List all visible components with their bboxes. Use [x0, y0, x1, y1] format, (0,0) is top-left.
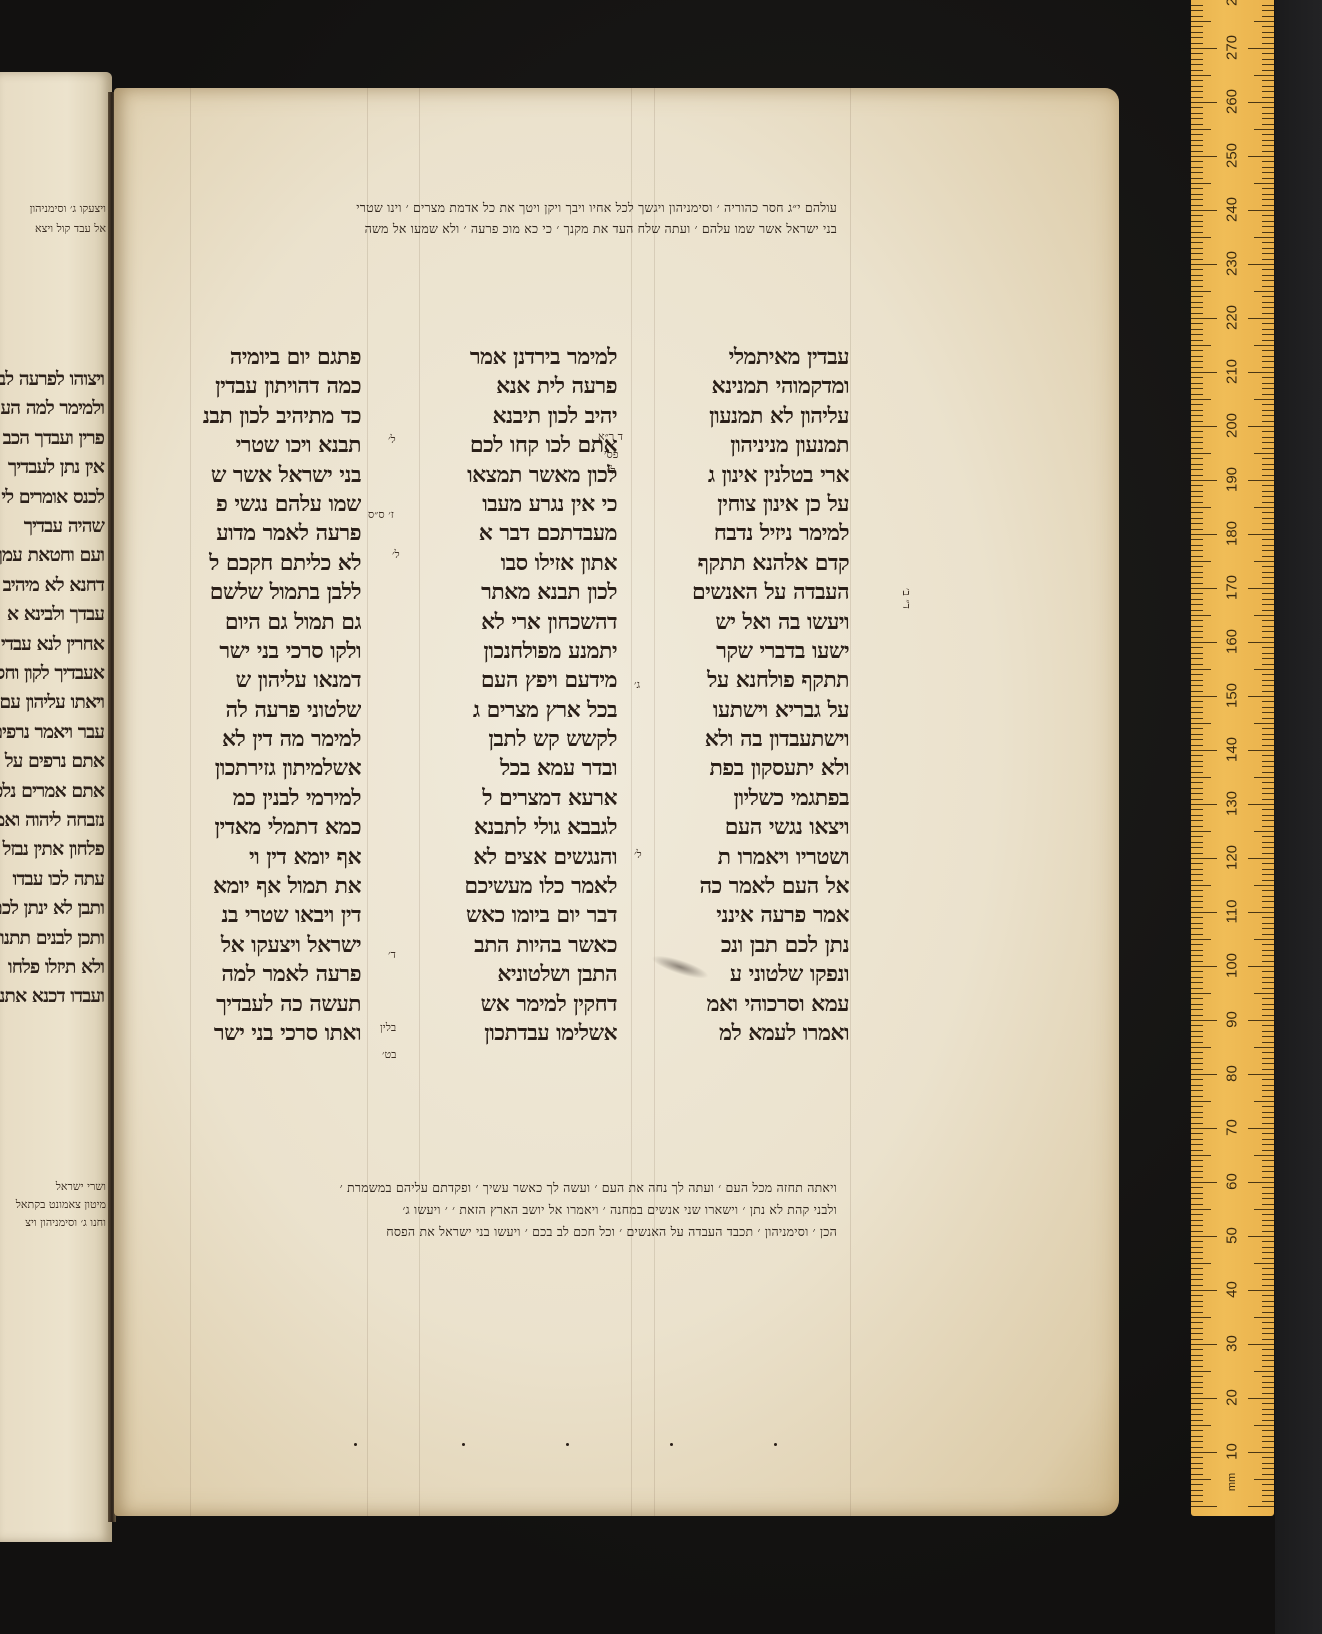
ruler-tick	[1191, 1285, 1203, 1286]
verso-text-line: אחרין לנא עבדי	[1, 633, 104, 656]
ruler-tick	[1262, 1025, 1274, 1026]
ruler-tick	[1254, 561, 1274, 562]
ruler-tick	[1262, 1279, 1274, 1280]
ruler-tick	[1191, 367, 1203, 368]
ruler-tick	[1262, 1112, 1274, 1113]
ruler-tick	[1191, 1220, 1203, 1221]
ruler-tick	[1191, 394, 1203, 395]
ruler-tick	[1191, 820, 1203, 821]
ruler-tick	[1191, 998, 1203, 999]
ruler-tick	[1191, 302, 1203, 303]
ruler-tick	[1262, 205, 1274, 206]
ruler-tick	[1262, 475, 1274, 476]
ruler-tick	[1191, 1279, 1203, 1280]
text-line: ויעשו בה ואל יש	[634, 608, 849, 637]
ruler-tick	[1262, 523, 1274, 524]
ruler-tick	[1262, 820, 1274, 821]
verso-text-line: נזבחה ליהוה ואמ	[0, 809, 104, 832]
ruler-tick	[1254, 1371, 1274, 1372]
ruler-tick	[1262, 97, 1274, 98]
ruler-tick	[1191, 16, 1203, 17]
ruler-tick	[1191, 124, 1203, 125]
ruler-tick	[1191, 502, 1203, 503]
marginal-note: ג׳	[634, 678, 640, 691]
ruler-tick	[1262, 863, 1274, 864]
ruler-tick	[1262, 280, 1274, 281]
ruler-tick	[1191, 993, 1211, 994]
ruler-tick	[1191, 426, 1217, 427]
text-line: גם תמול גם היום	[180, 608, 361, 637]
ruler-tick	[1262, 448, 1274, 449]
text-line: ללבן בתמול שלשם	[180, 578, 361, 607]
text-line: ואתו סרכי בני ישר	[180, 1019, 361, 1048]
ruler-label: 250	[1224, 141, 1241, 171]
ruler-tick	[1191, 836, 1203, 837]
verso-page: ויצעקו ג׳ וסימניהון אל עבד קול ויצא ויצו…	[0, 72, 112, 1542]
ruler-tick	[1191, 1506, 1217, 1507]
marginal-note: בלין	[380, 1021, 396, 1034]
ruler-tick	[1254, 993, 1274, 994]
ruler-tick	[1262, 91, 1274, 92]
ruler-tick	[1191, 1182, 1217, 1183]
text-line: ולא יתעסקון בפת	[634, 754, 849, 783]
ruler-label: 160	[1224, 627, 1241, 657]
ruler-tick	[1262, 1031, 1274, 1032]
text-line: עמא וסרכוהי ואמ	[634, 990, 849, 1019]
text-line: ישעו בדברי שקר	[634, 637, 849, 666]
marginal-note: ל׳	[608, 464, 616, 477]
ruler-tick	[1262, 566, 1274, 567]
ruler-tick	[1191, 313, 1203, 314]
ruler-tick	[1262, 1414, 1274, 1415]
ruler-tick	[1262, 1004, 1274, 1005]
ruler-tick	[1191, 1441, 1203, 1442]
ruler-tick	[1262, 680, 1274, 681]
ruler-tick	[1191, 809, 1203, 810]
ruler-tick	[1191, 64, 1203, 65]
ruler-tick	[1262, 755, 1274, 756]
ruler-tick	[1262, 118, 1274, 119]
ruler-tick	[1262, 161, 1274, 162]
ruler-tick	[1191, 1344, 1217, 1345]
ruler-tick	[1262, 674, 1274, 675]
ruler-tick	[1191, 1160, 1203, 1161]
verso-text-line: דחנא לא מיהיב	[3, 574, 104, 597]
ruler-tick	[1191, 377, 1203, 378]
ruler-tick	[1262, 1403, 1274, 1404]
ruler-tick	[1262, 971, 1274, 972]
marginal-note: ל׳	[392, 548, 400, 561]
ruler-tick	[1191, 161, 1203, 162]
ruler-tick	[1262, 496, 1274, 497]
ruler-tick	[1191, 269, 1203, 270]
text-line: העבדה על האנשים	[634, 578, 849, 607]
ruler-tick	[1262, 502, 1274, 503]
ruler-tick	[1262, 653, 1274, 654]
ruler-tick	[1191, 1328, 1203, 1329]
ruler-tick	[1191, 1047, 1211, 1048]
ruler-tick	[1262, 1096, 1274, 1097]
text-line: פתגם יום ביומיה	[180, 343, 361, 372]
ruler-tick	[1262, 1349, 1274, 1350]
ruler-tick	[1191, 669, 1211, 670]
ruler-tick	[1262, 1150, 1274, 1151]
verso-masora-bottom-line: ושרי ישראל	[56, 1180, 106, 1193]
ruler-tick	[1262, 64, 1274, 65]
masora-magna-top-line: עולהם י״ג חסר כהוריה ׳ וסימניהון ויגשך ל…	[356, 200, 837, 216]
ruler-tick	[1191, 1317, 1211, 1318]
ruler-tick	[1262, 1430, 1274, 1431]
ruler-tick	[1191, 43, 1203, 44]
text-line: דמנאו עליהון ש	[180, 666, 361, 695]
ruler-tick	[1191, 1063, 1203, 1064]
ruler-tick	[1191, 1106, 1203, 1107]
ruler-tick	[1262, 302, 1274, 303]
ruler-tick	[1191, 545, 1203, 546]
ruler-tick	[1262, 1241, 1274, 1242]
ruler-tick	[1262, 313, 1274, 314]
ruler-tick	[1262, 32, 1274, 33]
ruler-tick	[1262, 1468, 1274, 1469]
ruler-tick	[1262, 485, 1274, 486]
ruler-tick	[1191, 59, 1203, 60]
ruler-tick	[1248, 264, 1274, 265]
ruler-tick	[1262, 934, 1274, 935]
ruler-tick	[1262, 421, 1274, 422]
ruler-tick	[1254, 1479, 1274, 1480]
verso-text-line: ולא תיזלו פלחו	[8, 956, 104, 979]
ruler-tick	[1262, 1193, 1274, 1194]
verso-text-line: ותכן לבנים תתנו	[0, 927, 104, 950]
ruler-tick	[1191, 1393, 1203, 1394]
ruler-tick	[1191, 858, 1217, 859]
ruler-tick	[1191, 118, 1203, 119]
ruler-tick	[1191, 53, 1203, 54]
text-line: דהשכחון ארי לא	[401, 608, 617, 637]
ruler-tick	[1191, 944, 1203, 945]
ruler-tick	[1191, 1376, 1203, 1377]
ruler-tick	[1191, 637, 1203, 638]
ruler-tick	[1262, 1009, 1274, 1010]
ruler-tick	[1262, 394, 1274, 395]
ruler-tick	[1191, 469, 1203, 470]
text-line: על גבריא וישתעו	[634, 696, 849, 725]
ruler-tick	[1248, 1020, 1274, 1021]
ruler-tick	[1262, 1436, 1274, 1437]
ruler-tick	[1191, 1301, 1203, 1302]
ruler-tick	[1191, 232, 1203, 233]
text-line: כאשר בהיות התב	[401, 931, 617, 960]
ruler-tick	[1262, 782, 1274, 783]
ruler-tick	[1191, 723, 1211, 724]
ruler-tick	[1191, 291, 1211, 292]
text-line: אל העם לאמר כה	[634, 872, 849, 901]
text-line: בני ישראל אשר ש	[180, 461, 361, 490]
text-line: פרעה לאמר מדוע	[180, 519, 361, 548]
ruler-label: 80	[1224, 1059, 1241, 1089]
ruler-tick	[1262, 550, 1274, 551]
ruler-tick	[1191, 448, 1203, 449]
ruling-line	[631, 88, 632, 1516]
ruler-tick	[1262, 631, 1274, 632]
ruler-tick	[1191, 939, 1211, 940]
ruler-tick	[1191, 539, 1203, 540]
ruler-tick	[1191, 847, 1203, 848]
ruler-tick	[1262, 269, 1274, 270]
verso-text-line: שהיה עבדיך	[24, 515, 104, 538]
ruler-tick	[1191, 37, 1203, 38]
ruler-tick	[1191, 863, 1203, 864]
ruler-tick	[1191, 1150, 1203, 1151]
text-line: שמו עלהם נגשי פ	[180, 490, 361, 519]
ruler-tick	[1254, 291, 1274, 292]
text-line: כמא דתמלי מאדין	[180, 813, 361, 842]
ruler-tick	[1262, 718, 1274, 719]
ruler-tick	[1254, 399, 1274, 400]
ruler-tick	[1262, 307, 1274, 308]
ruler-tick	[1262, 1063, 1274, 1064]
ruler-tick	[1262, 880, 1274, 881]
ruler-tick	[1262, 1409, 1274, 1410]
ruler-tick	[1191, 329, 1203, 330]
ruler-tick	[1262, 1079, 1274, 1080]
ruler-tick	[1191, 334, 1203, 335]
ruler-tick	[1191, 399, 1211, 400]
ruler-label: 230	[1224, 249, 1241, 279]
marginal-note: ד״ ב׳	[900, 588, 913, 609]
ruler-tick	[1262, 232, 1274, 233]
ruler-tick	[1191, 1457, 1203, 1458]
ruler-tick	[1191, 1495, 1203, 1496]
ruler-tick	[1262, 961, 1274, 962]
ruler-tick	[1191, 907, 1203, 908]
ruler-tick	[1191, 912, 1217, 913]
ruler-tick	[1191, 1306, 1203, 1307]
text-line: ארעא דמצרים ל	[401, 784, 617, 813]
ruler-tick	[1191, 1117, 1203, 1118]
ruler-tick	[1262, 151, 1274, 152]
marginal-note: בט׳	[382, 1048, 397, 1061]
recto-page: עולהם י״ג חסר כהוריה ׳ וסימניהון ויגשך ל…	[114, 88, 1119, 1516]
ruler-label: 30	[1224, 1329, 1241, 1359]
text-line: את תמול אף יומא	[180, 872, 361, 901]
ruler-tick	[1262, 944, 1274, 945]
ruler-tick	[1191, 561, 1211, 562]
ruler-tick	[1262, 1441, 1274, 1442]
ruler-tick	[1191, 383, 1203, 384]
text-line: התבן ושלטוניא	[401, 960, 617, 989]
ruler-tick	[1254, 1263, 1274, 1264]
ruler-tick	[1262, 766, 1274, 767]
ruler-tick	[1191, 610, 1203, 611]
ruler-tick	[1191, 1349, 1203, 1350]
text-line: למימר מה דין לא	[180, 725, 361, 754]
ruler-tick	[1191, 97, 1203, 98]
verso-text-line: עתה לכו עבדו	[13, 868, 104, 891]
masora-magna-bottom-line: הכן ׳ וסימניהון ׳ תכבד העבדה על האנשים ׳…	[386, 1224, 837, 1240]
ruler-tick	[1191, 588, 1217, 589]
ruler-tick	[1191, 1263, 1211, 1264]
ruler-tick	[1191, 1430, 1203, 1431]
ruler-tick	[1262, 437, 1274, 438]
ruler-tick	[1191, 599, 1203, 600]
ruler-tick	[1191, 815, 1203, 816]
ruler-tick	[1191, 507, 1211, 508]
text-line: בכל ארץ מצרים ג	[401, 696, 617, 725]
ruler-tick	[1191, 1015, 1203, 1016]
text-line: ויצאו נגשי העם	[634, 813, 849, 842]
ruler-tick	[1262, 620, 1274, 621]
ruler-tick	[1262, 1258, 1274, 1259]
ruler-tick	[1262, 124, 1274, 125]
ruler-tick	[1262, 853, 1274, 854]
ruler-tick	[1191, 145, 1203, 146]
ruler-tick	[1191, 1274, 1203, 1275]
ruler-tick	[1191, 421, 1203, 422]
ruler-tick	[1262, 107, 1274, 108]
verso-text-line: פרין ועבדך הכב	[3, 427, 104, 450]
ruler-tick	[1191, 885, 1211, 886]
text-line: תעשה כה לעבדיך	[180, 990, 361, 1019]
ruler-tick	[1248, 48, 1274, 49]
ruler-tick	[1191, 1252, 1203, 1253]
ruler-tick	[1262, 1333, 1274, 1334]
ruler-tick	[1262, 5, 1274, 6]
ruler-tick	[1254, 129, 1274, 130]
ruler-tick	[1262, 1058, 1274, 1059]
ruler-tick	[1262, 172, 1274, 173]
ruler-tick	[1262, 745, 1274, 746]
ruler-tick	[1191, 1268, 1203, 1269]
ruler-tick	[1262, 350, 1274, 351]
ruler-tick	[1191, 1193, 1203, 1194]
ruler-tick	[1191, 680, 1203, 681]
ruler-tick	[1248, 642, 1274, 643]
ruler-tick	[1254, 669, 1274, 670]
ruler-tick	[1191, 971, 1203, 972]
ruler-tick	[1191, 707, 1203, 708]
ruler-tick	[1262, 1495, 1274, 1496]
ruler-tick	[1191, 777, 1211, 778]
text-line: שלטוני פרעה לה	[180, 696, 361, 725]
ruler-tick	[1262, 167, 1274, 168]
ruler-tick	[1191, 1360, 1203, 1361]
ruler-label: 180	[1224, 519, 1241, 549]
text-column-middle: למימר בירדנן אמרפרעה לית אנאיהיב לכון תי…	[401, 343, 617, 1048]
ruler-tick	[1191, 950, 1203, 951]
ruler-tick	[1191, 1414, 1203, 1415]
ruler-tick	[1191, 1247, 1203, 1248]
ruler-tick	[1262, 10, 1274, 11]
text-line: וישתעבדון בה ולא	[634, 725, 849, 754]
ruler-tick	[1262, 367, 1274, 368]
ruler-tick	[1262, 739, 1274, 740]
ruler-tick	[1191, 782, 1203, 783]
ruler-label: 270	[1224, 33, 1241, 63]
ruler-tick	[1262, 1085, 1274, 1086]
ruler-tick	[1191, 1295, 1203, 1296]
ruler-tick	[1191, 86, 1203, 87]
ruler-tick	[1262, 1501, 1274, 1502]
text-line: למימר ניזיל נדבח	[634, 519, 849, 548]
verso-text-line: פלחון אתין נבזל	[2, 838, 104, 861]
ruler-tick	[1262, 545, 1274, 546]
ruler-tick	[1191, 631, 1203, 632]
ruler-tick	[1191, 5, 1203, 6]
ruler-tick	[1191, 1322, 1203, 1323]
verso-masora-top-line: אל עבד קול ויצא	[35, 222, 106, 235]
text-line: דבר יום ביומו כאש	[401, 901, 617, 930]
ruler-tick	[1262, 469, 1274, 470]
ruler-tick	[1262, 431, 1274, 432]
text-line: ושטריו ויאמרו ת	[634, 843, 849, 872]
verso-text-line: עבדך ולבינא א	[7, 603, 104, 626]
ruler-tick	[1262, 1166, 1274, 1167]
ruler-tick	[1262, 1144, 1274, 1145]
ruler-tick	[1191, 491, 1203, 492]
ruler-tick	[1248, 1344, 1274, 1345]
ruler-tick	[1254, 777, 1274, 778]
ruler-tick	[1191, 1312, 1203, 1313]
ruler-tick	[1191, 869, 1203, 870]
ruler-tick	[1262, 188, 1274, 189]
ruler-tick	[1191, 604, 1203, 605]
ruler-tick	[1262, 1204, 1274, 1205]
ruler-label: 120	[1224, 843, 1241, 873]
ruler-tick	[1262, 901, 1274, 902]
ruler-tick	[1191, 728, 1203, 729]
ruler-tick	[1191, 653, 1203, 654]
marginal-note: ל׳	[634, 848, 642, 861]
ruler-tick	[1191, 1463, 1203, 1464]
ruler-tick	[1248, 912, 1274, 913]
ruler-tick	[1262, 1069, 1274, 1070]
ruler-tick	[1191, 626, 1203, 627]
ruler-tick	[1262, 836, 1274, 837]
ruler-tick	[1262, 1231, 1274, 1232]
ruler-tick	[1262, 907, 1274, 908]
ruler-label: 40	[1224, 1275, 1241, 1305]
ruler-tick	[1191, 1490, 1203, 1491]
ruler-tick	[1191, 1058, 1203, 1059]
text-line: ארי בטלנין אינון ג	[634, 461, 849, 490]
ruler-tick	[1191, 140, 1203, 141]
ruler-tick	[1191, 874, 1203, 875]
ruler-tick	[1191, 615, 1211, 616]
ruler-tick	[1262, 1490, 1274, 1491]
ruler-tick	[1248, 102, 1274, 103]
ruler-tick	[1191, 91, 1203, 92]
ruling-line	[367, 88, 368, 1516]
text-line: אתון אזילו סבו	[401, 549, 617, 578]
ruler-tick	[1191, 1236, 1217, 1237]
ruler-tick	[1262, 788, 1274, 789]
ruler-tick	[1262, 1015, 1274, 1016]
ruler-tick	[1262, 329, 1274, 330]
ruler-tick	[1191, 523, 1203, 524]
ruler-tick	[1191, 1452, 1217, 1453]
ruler-tick	[1254, 75, 1274, 76]
ruler-tick	[1191, 890, 1203, 891]
ruler-tick	[1248, 1506, 1274, 1507]
ruler-tick	[1191, 350, 1203, 351]
ruler-tick	[1262, 1366, 1274, 1367]
ruler-tick	[1191, 70, 1203, 71]
ruler-tick	[1262, 1339, 1274, 1340]
ruler-tick	[1191, 210, 1217, 211]
ruler-tick	[1262, 890, 1274, 891]
ruler-tick	[1254, 939, 1274, 940]
